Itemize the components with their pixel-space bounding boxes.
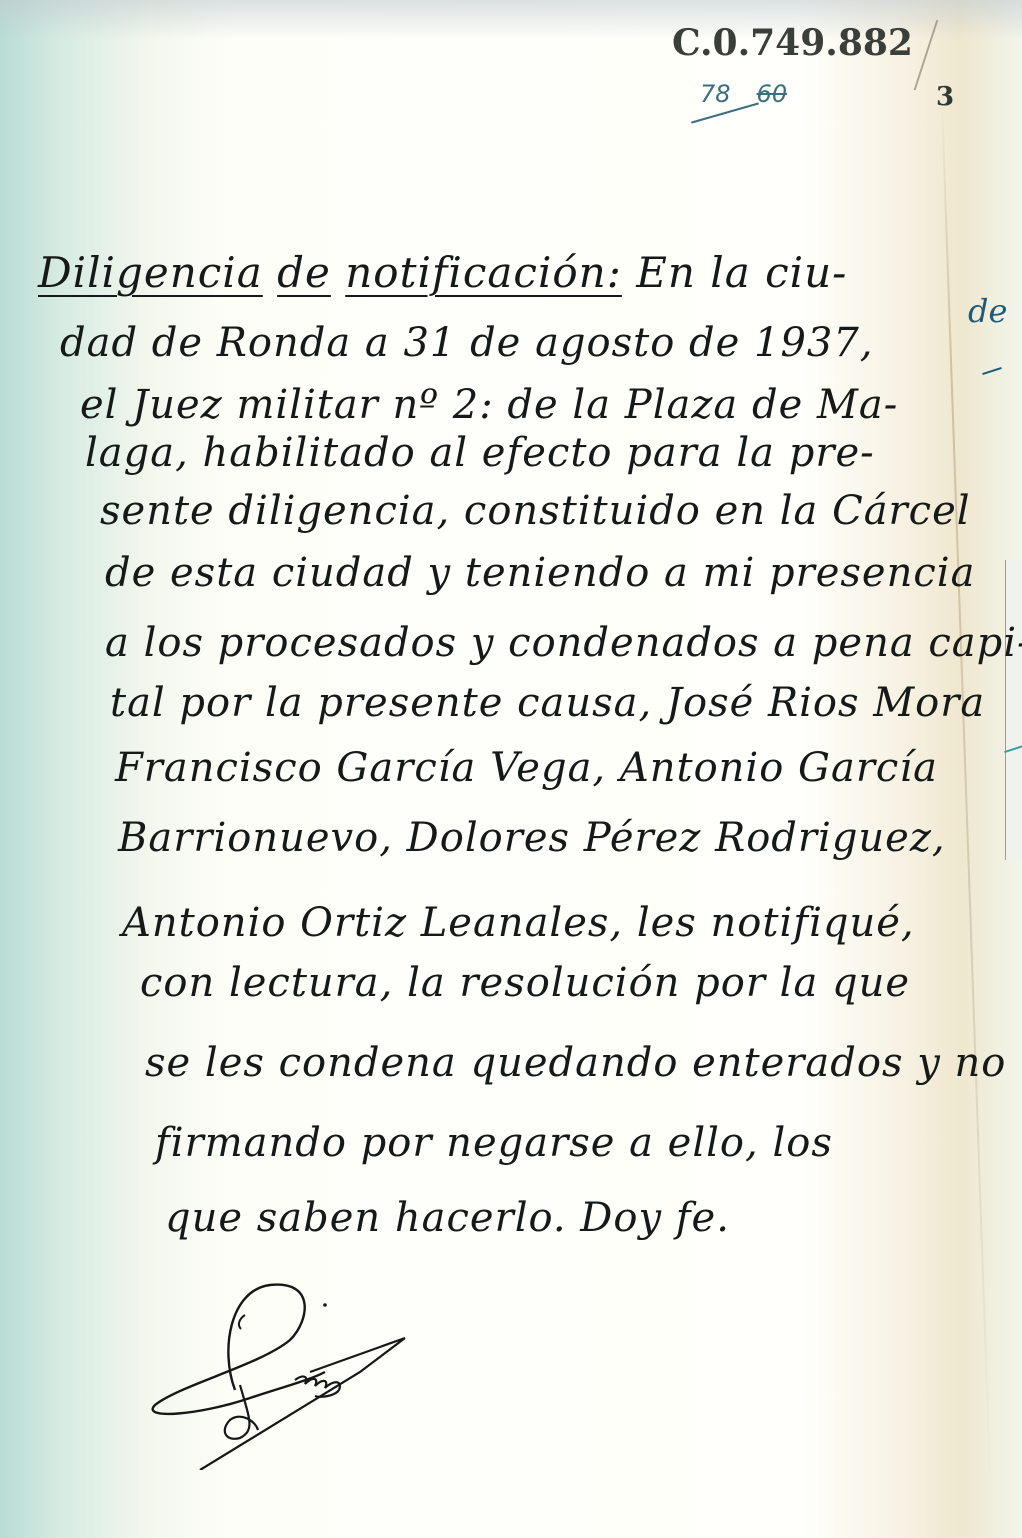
text-line-2: dad de Ronda a 31 de agosto de 1937,	[60, 320, 874, 366]
text-line-11: Antonio Ortiz Leanales, les notifiqué,	[122, 900, 915, 946]
text-line-15: que saben hacerlo. Doy fe.	[165, 1195, 730, 1241]
text-line-6: de esta ciudad y teniendo a mi presencia	[105, 550, 975, 596]
folio-struck: 60	[757, 80, 788, 108]
text-line-13: se les condena quedando enterados y no	[145, 1040, 1006, 1086]
margin-note-de: de	[968, 292, 1007, 330]
text-line-12: con lectura, la resolución por la que	[140, 960, 910, 1006]
folio-annotation: 7860	[700, 80, 787, 108]
archive-stamp: C.0.749.882	[672, 22, 913, 64]
text-line-7: a los procesados y condenados a pena cap…	[105, 620, 1022, 666]
text-line-5: sente diligencia, constituido en la Cárc…	[100, 488, 971, 534]
heading-word-de: de	[277, 248, 331, 297]
text-line-14: firmando por negarse a ello, los	[155, 1120, 833, 1166]
text-line-1: Diligencia de notificación: En la ciu-	[38, 248, 847, 297]
page-number: 3	[936, 82, 954, 112]
text-fragment: En la ciu-	[636, 248, 847, 297]
text-line-3: el Juez militar nº 2: de la Plaza de Ma-	[80, 382, 898, 428]
text-line-10: Barrionuevo, Dolores Pérez Rodriguez,	[118, 815, 946, 861]
text-line-4: laga, habilitado al efecto para la pre-	[85, 430, 875, 476]
underlying-page-edge	[1005, 560, 1022, 860]
signature	[140, 1280, 500, 1470]
heading-word-diligencia: Diligencia	[38, 248, 263, 297]
text-line-9: Francisco García Vega, Antonio García	[115, 745, 938, 791]
text-line-8: tal por la presente causa, José Rios Mor…	[110, 680, 985, 726]
heading-word-notificacion: notificación:	[345, 248, 622, 297]
folio-new: 78	[700, 80, 731, 108]
